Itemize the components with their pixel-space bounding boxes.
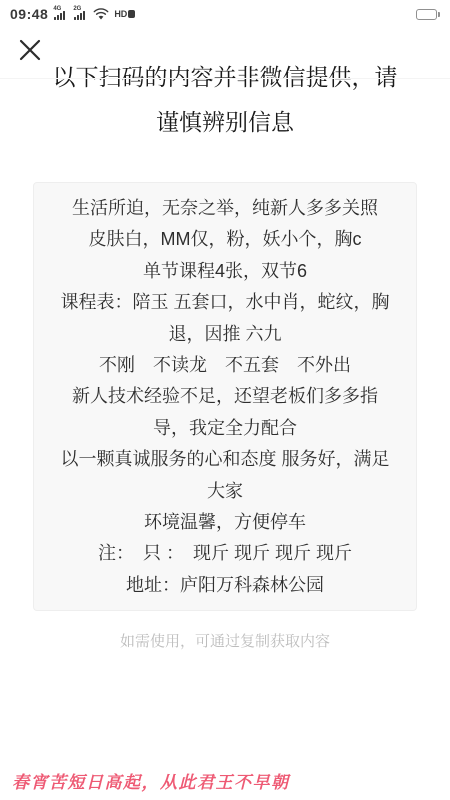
hd-label: HD: [114, 9, 127, 19]
content-line: 皮肤白，MM仅，粉，妖小个，胸c: [42, 224, 408, 255]
content-line: 以一颗真诚服务的心和态度 服务好，满足: [42, 444, 408, 475]
copy-hint: 如需使用，可通过复制获取内容: [0, 630, 450, 651]
content-line: 课程表：陪玉 五套口，水中肖，蛇纹，胸: [42, 287, 408, 318]
content-line: 导，我定全力配合: [42, 413, 408, 444]
battery-icon: [416, 9, 440, 20]
content-line: 退，因推 六九: [42, 319, 408, 350]
clock: 09:48: [10, 6, 48, 22]
signal-4g-icon: 4G: [53, 7, 68, 21]
content-line: 注： 只 ： 现斤 现斤 现斤 现斤: [42, 538, 408, 569]
content-line: 地址：庐阳万科森林公园: [42, 570, 408, 601]
content-line: 不刚 不读龙 不五套 不外出: [42, 350, 408, 381]
content-line: 环境温馨，方便停车: [42, 507, 408, 538]
content-line: 大家: [42, 476, 408, 507]
signal-2g-icon: 2G: [73, 7, 88, 21]
close-icon[interactable]: [17, 37, 43, 63]
content-line: 单节课程4张，双节6: [42, 256, 408, 287]
volte-hd-icon: HD: [114, 9, 135, 19]
wifi-icon: [93, 8, 109, 21]
scanned-content-box: 生活所迫，无奈之举，纯新人多多关照 皮肤白，MM仅，粉，妖小个，胸c 单节课程4…: [33, 182, 417, 611]
watermark-poem: 春宵苦短日高起，从此君王不早朝: [12, 768, 290, 793]
header: [0, 26, 450, 79]
content-line: 新人技术经验不足，还望老板们多多指: [42, 381, 408, 412]
content-line: 生活所迫，无奈之举，纯新人多多关照: [42, 193, 408, 224]
status-bar: 09:48 4G 2G HD: [0, 0, 450, 26]
hd-speaker-icon: [128, 10, 135, 18]
